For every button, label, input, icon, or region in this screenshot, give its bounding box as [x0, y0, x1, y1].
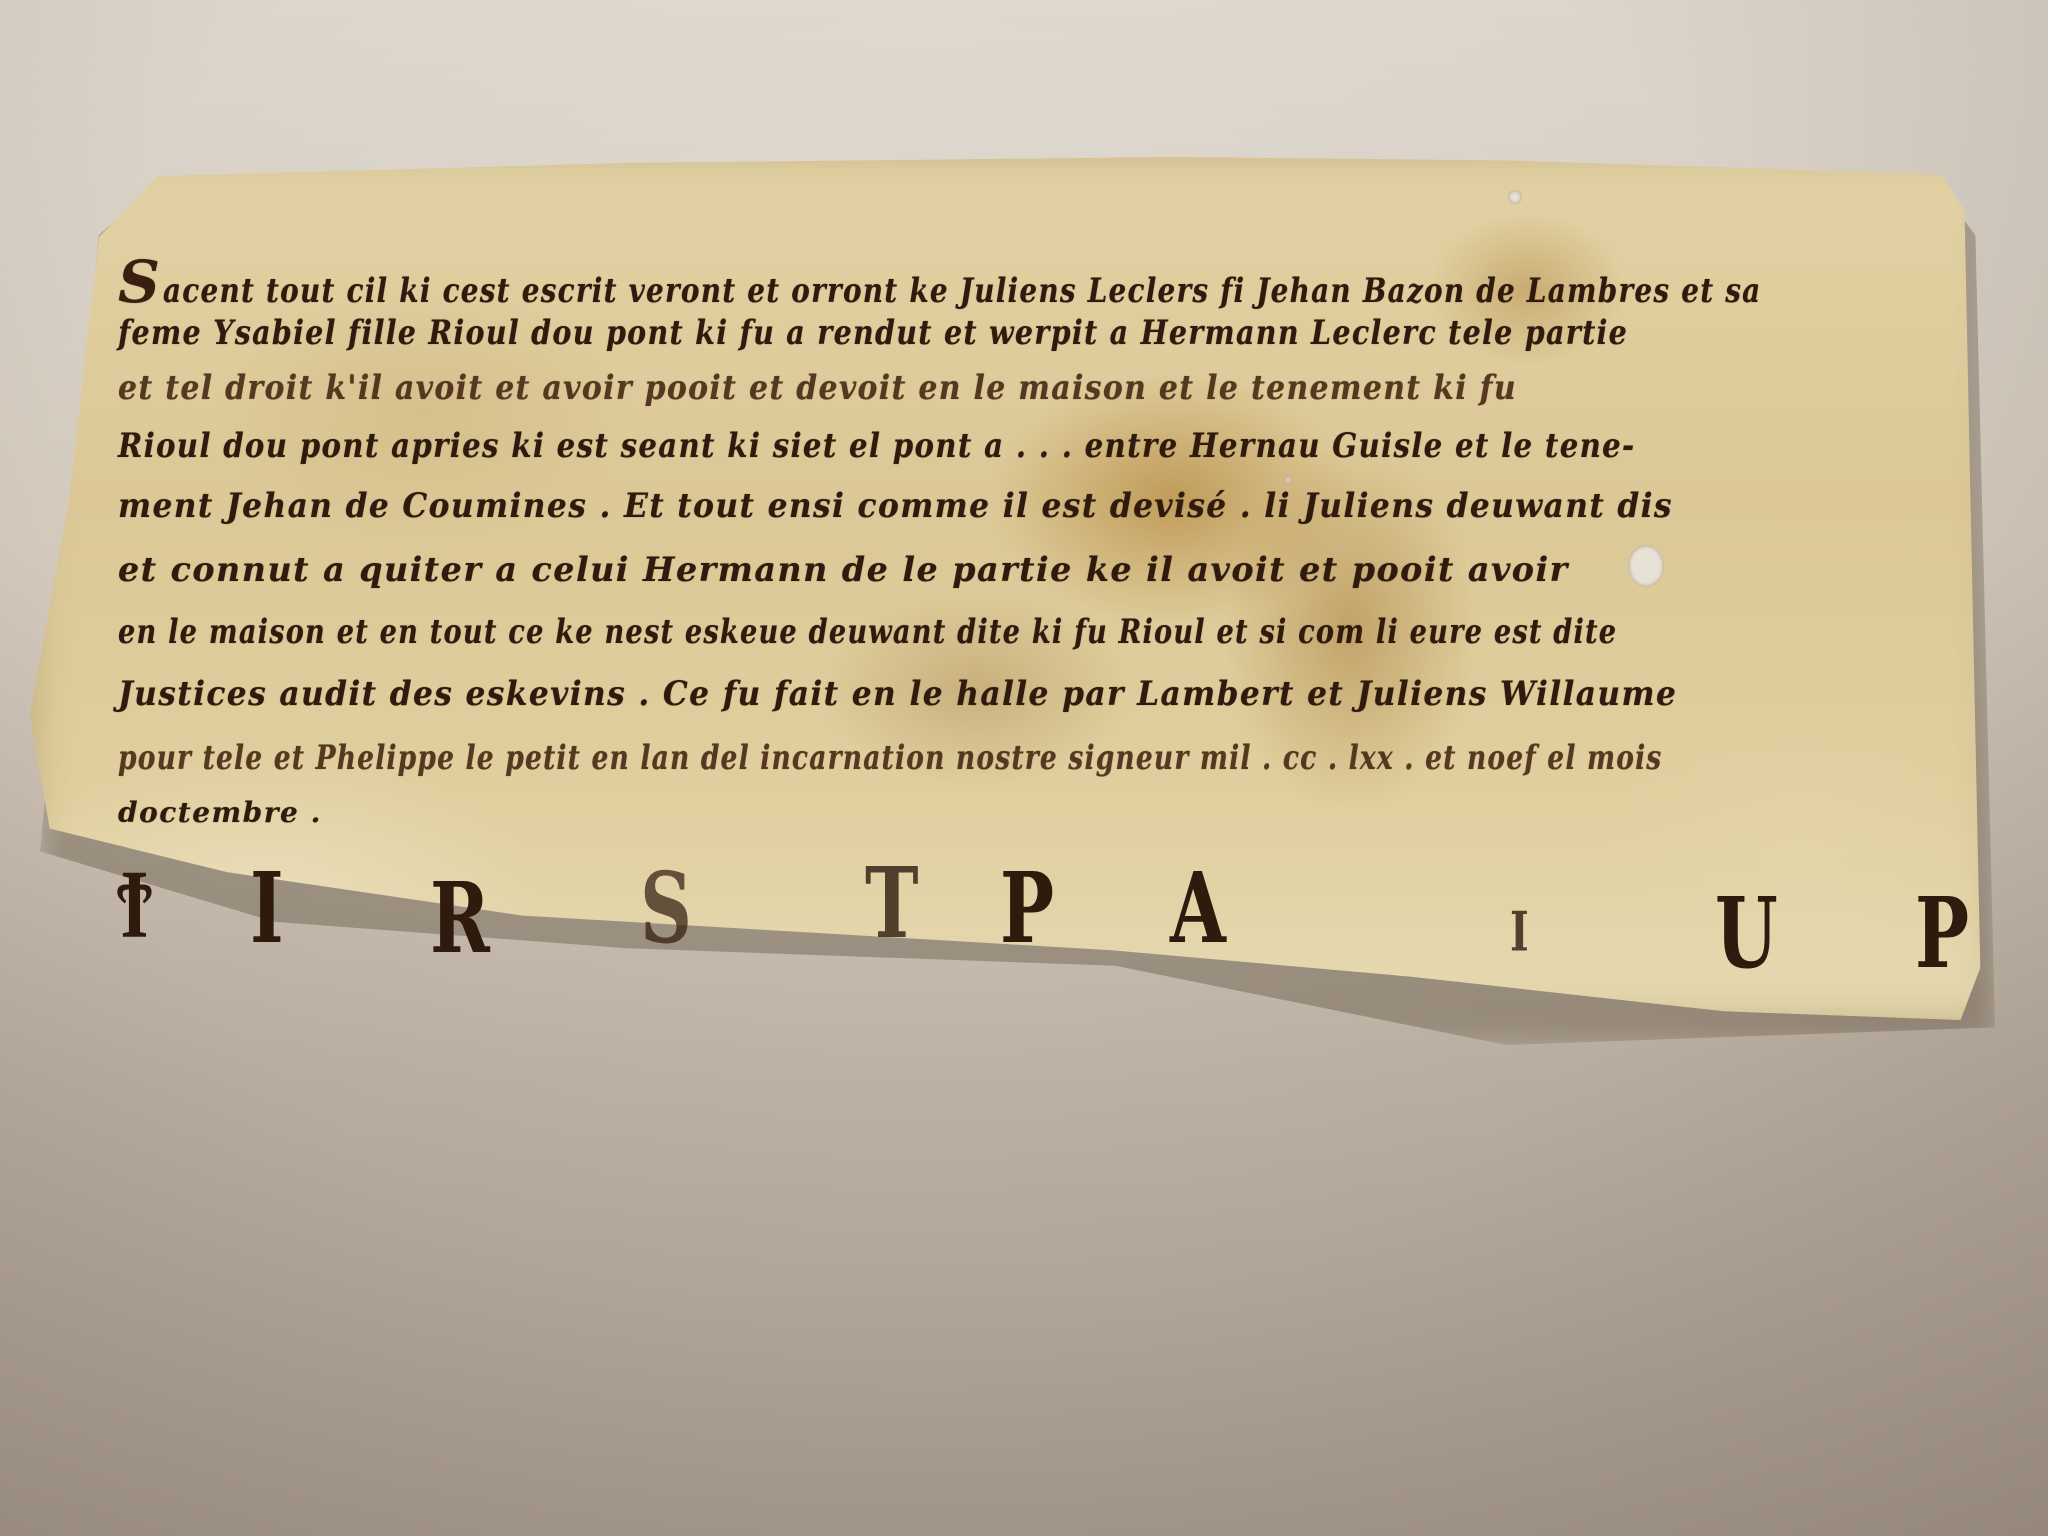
text-line-3: et tel droit k'il avoit et avoir pooit e…	[118, 368, 1517, 408]
text-line-5: ment Jehan de Coumines . Et tout ensi co…	[118, 486, 1673, 526]
text-line-1: Sacent tout cil ki cest escrit veront et…	[118, 248, 2048, 316]
parchment-hole-tiny	[1285, 475, 1291, 485]
text-line-4: Rioul dou pont apries ki est seant ki si…	[118, 426, 1635, 466]
text-line-9: pour tele et Phelippe le petit en lan de…	[118, 738, 1662, 778]
text-line-2: feme Ysabiel fille Rioul dou pont ki fu …	[118, 313, 1628, 353]
text-line-6: et connut a quiter a celui Hermann de le…	[118, 550, 1569, 590]
text-line-10: doctembre .	[118, 796, 322, 829]
text-line-8: Justices audit des eskevins . Ce fu fait…	[118, 674, 1677, 714]
text-line-7: en le maison et en tout ce ke nest eskeu…	[118, 612, 1617, 652]
decorated-initial: S	[118, 248, 161, 316]
parchment-hole	[1628, 545, 1664, 587]
parchment-hole-small	[1508, 190, 1522, 204]
